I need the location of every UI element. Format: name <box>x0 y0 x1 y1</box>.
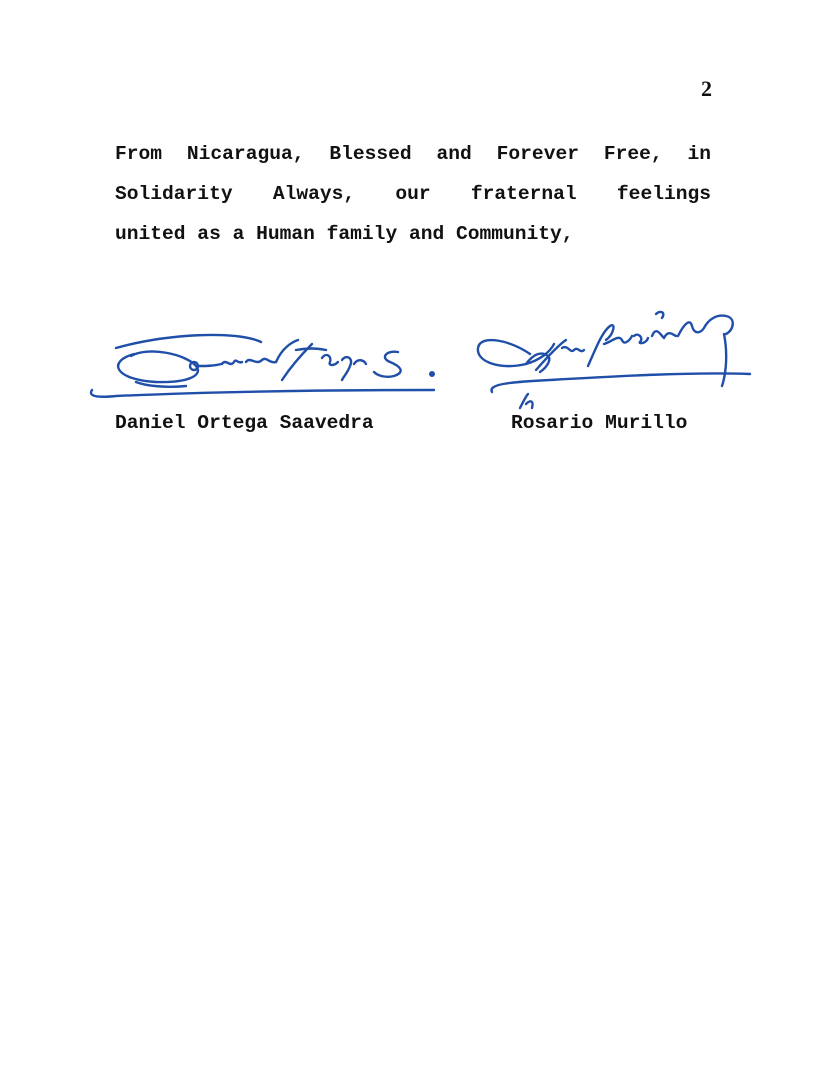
paragraph-line: From Nicaragua, Blessed and Forever Free… <box>115 134 711 174</box>
document-page: 2 From Nicaragua, Blessed and Forever Fr… <box>0 0 825 1068</box>
paragraph-line: united as a Human family and Community, <box>115 214 711 254</box>
signature-daniel-ortega <box>86 328 446 402</box>
closing-paragraph: From Nicaragua, Blessed and Forever Free… <box>115 134 711 254</box>
signature-rosario-murillo <box>470 304 755 414</box>
signatory-name: Daniel Ortega Saavedra <box>115 410 374 436</box>
page-number: 2 <box>690 76 712 102</box>
signatory-name: Rosario Murillo <box>511 410 687 436</box>
paragraph-line: Solidarity Always, our fraternal feeling… <box>115 174 711 214</box>
